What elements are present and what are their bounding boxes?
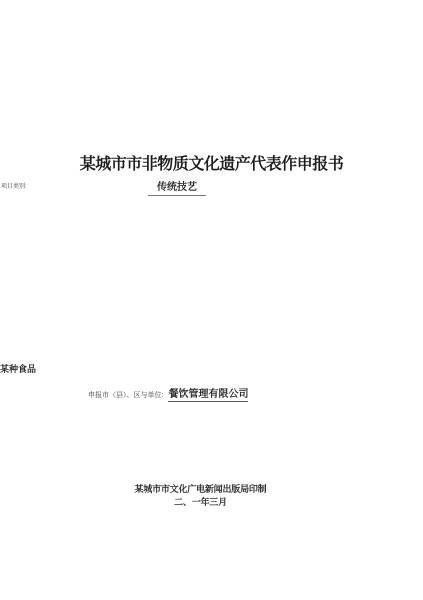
applicant-row: 申报市（县）、区与单位:餐饮管理有限公司 bbox=[88, 384, 248, 402]
imprint-date: 二、一年三月 bbox=[0, 495, 401, 508]
project-name: :某种食品 bbox=[0, 362, 36, 375]
category-label: 项目类别: bbox=[1, 181, 27, 190]
application-form-cover-page: 某城市市非物质文化遗产代表作申报书 项目类别: 传统技艺 :某种食品 申报市（县… bbox=[0, 0, 423, 600]
imprint-publisher: 某城市市文化广电新闻出版局印制 bbox=[0, 482, 401, 495]
applicant-value: 餐饮管理有限公司 bbox=[168, 385, 248, 402]
category-value: 传统技艺 bbox=[148, 178, 206, 196]
applicant-label: 申报市（县）、区与单位: bbox=[88, 390, 163, 400]
page-title: 某城市市非物质文化遗产代表作申报书 bbox=[0, 151, 423, 174]
